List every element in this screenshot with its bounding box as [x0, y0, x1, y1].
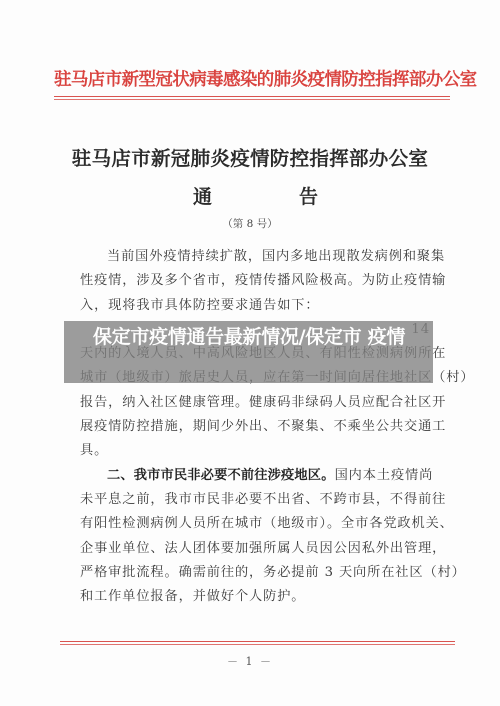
body-line: 企事业单位、法人团体要加强所属人员因公因私外出管理， — [80, 537, 430, 561]
body-line: 当前国外疫情持续扩散，国内多地出现散发病例和聚集 — [80, 245, 430, 269]
letterhead-title: 驻马店市新型冠状病毒感染的肺炎疫情防控指挥部办公室 — [54, 66, 450, 91]
letterhead-red-rule — [54, 96, 450, 100]
caption-overlay-text: 保定市疫情通告最新情况/保定市 疫情 — [74, 325, 424, 349]
body-line: 报告，纳入社区健康管理。健康码非绿码人员应配合社区开 — [80, 391, 430, 415]
notice-number: （第 8 号） — [0, 216, 500, 231]
section-2-heading: 二、我市市民非必要不前往涉疫地区。 — [107, 468, 335, 483]
page-number: － 1 － — [0, 653, 500, 669]
notice-title: 通 告 — [193, 182, 318, 209]
notice-body: 当前国外疫情持续扩散，国内多地出现散发病例和聚集 性疫情，涉及多个省市，疫情传播… — [80, 245, 430, 609]
body-line: 展疫情防控措施，期间少外出、不聚集、不乘坐公共交通工 — [80, 415, 430, 439]
notice-title-char-2: 告 — [299, 182, 318, 209]
body-line: 未平息之前，我市市民非必要不出省、不跨市县，不得前往 — [80, 488, 430, 512]
body-line: 性疫情，涉及多个省市，疫情传播风险极高。为防止疫情输 — [80, 269, 430, 293]
notice-title-char-1: 通 — [193, 182, 212, 209]
document-page: 驻马店市新型冠状病毒感染的肺炎疫情防控指挥部办公室 驻马店市新冠肺炎疫情防控指挥… — [0, 0, 500, 706]
section-2-heading-tail: 国内本土疫情尚 — [335, 468, 434, 483]
body-line: 严格审批流程。确需前往的，务必提前 3 天向所在社区（村） — [80, 561, 430, 585]
section-2-heading-line: 二、我市市民非必要不前往涉疫地区。国内本土疫情尚 — [80, 464, 430, 488]
office-title: 驻马店市新冠肺炎疫情防控指挥部办公室 — [0, 143, 500, 171]
body-line: 有阳性检测病例人员所在城市（地级市）。全市各党政机关、 — [80, 512, 430, 536]
footer-red-rule — [60, 641, 455, 645]
body-line: 和工作单位报备，并做好个人防护。 — [80, 585, 430, 609]
body-line: 具。 — [80, 439, 430, 463]
body-line: 入，现将我市具体防控要求通告如下： — [80, 294, 430, 318]
